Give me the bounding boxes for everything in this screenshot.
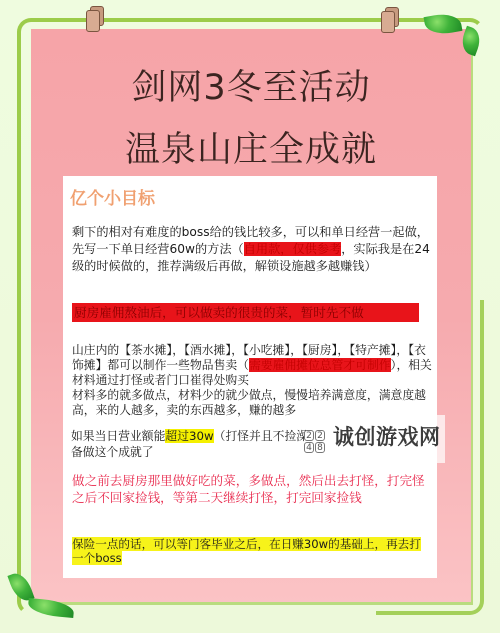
red-highlight: 需要雇佣摊位总管才可制作 [249,358,391,372]
page-canvas: 剑网3冬至活动 温泉山庄全成就 亿个小目标 剩下的相对有难度的boss给的钱比较… [0,0,500,633]
safe-option-paragraph: 保险一点的话，可以等门客毕业之后，在日赚30w的基础上，再去打一个boss [72,537,424,565]
watermark-digit: 2 [315,430,325,441]
red-banner: 厨房雇佣熬油后，可以做卖的很贵的菜，暂时先不做 [72,303,419,322]
page-title-line2: 温泉山庄全成就 [31,122,471,172]
intro-paragraph: 剩下的相对有难度的boss给的钱比较多，可以和单日经营一起做，先写一下单日经营6… [72,224,434,275]
stalls-paragraph: 山庄内的【茶水摊】，【酒水摊】，【小吃摊】，【厨房】，【特产摊】，【衣饰摊】都可… [72,343,434,418]
watermark-digit: 2 [304,430,314,441]
pin-icon [381,7,399,31]
page-title-line1: 剑网3冬至活动 [31,60,471,110]
watermark-digit: 4 [304,442,314,453]
revenue-paragraph: 如果当日营业额能超过30w（打怪并且不捡澡 备做这个成就了 [71,428,331,460]
strategy-paragraph: 做之前去厨房那里做好吃的菜，多做点，然后出去打怪，打完怪之后不回家捡钱，等第二天… [72,472,432,506]
red-highlight: 自用款，仅供参考 [244,242,342,256]
pin-icon [86,6,104,30]
yellow-highlight: 超过30w [165,429,213,443]
watermark-text: 诚创游戏网 [333,421,441,451]
watermark-digit: 8 [315,442,325,453]
yellow-highlight: 保险一点的话，可以等门客毕业之后，在日赚30w的基础上，再去打一个boss [72,537,421,565]
section-heading: 亿个小目标 [70,184,155,209]
